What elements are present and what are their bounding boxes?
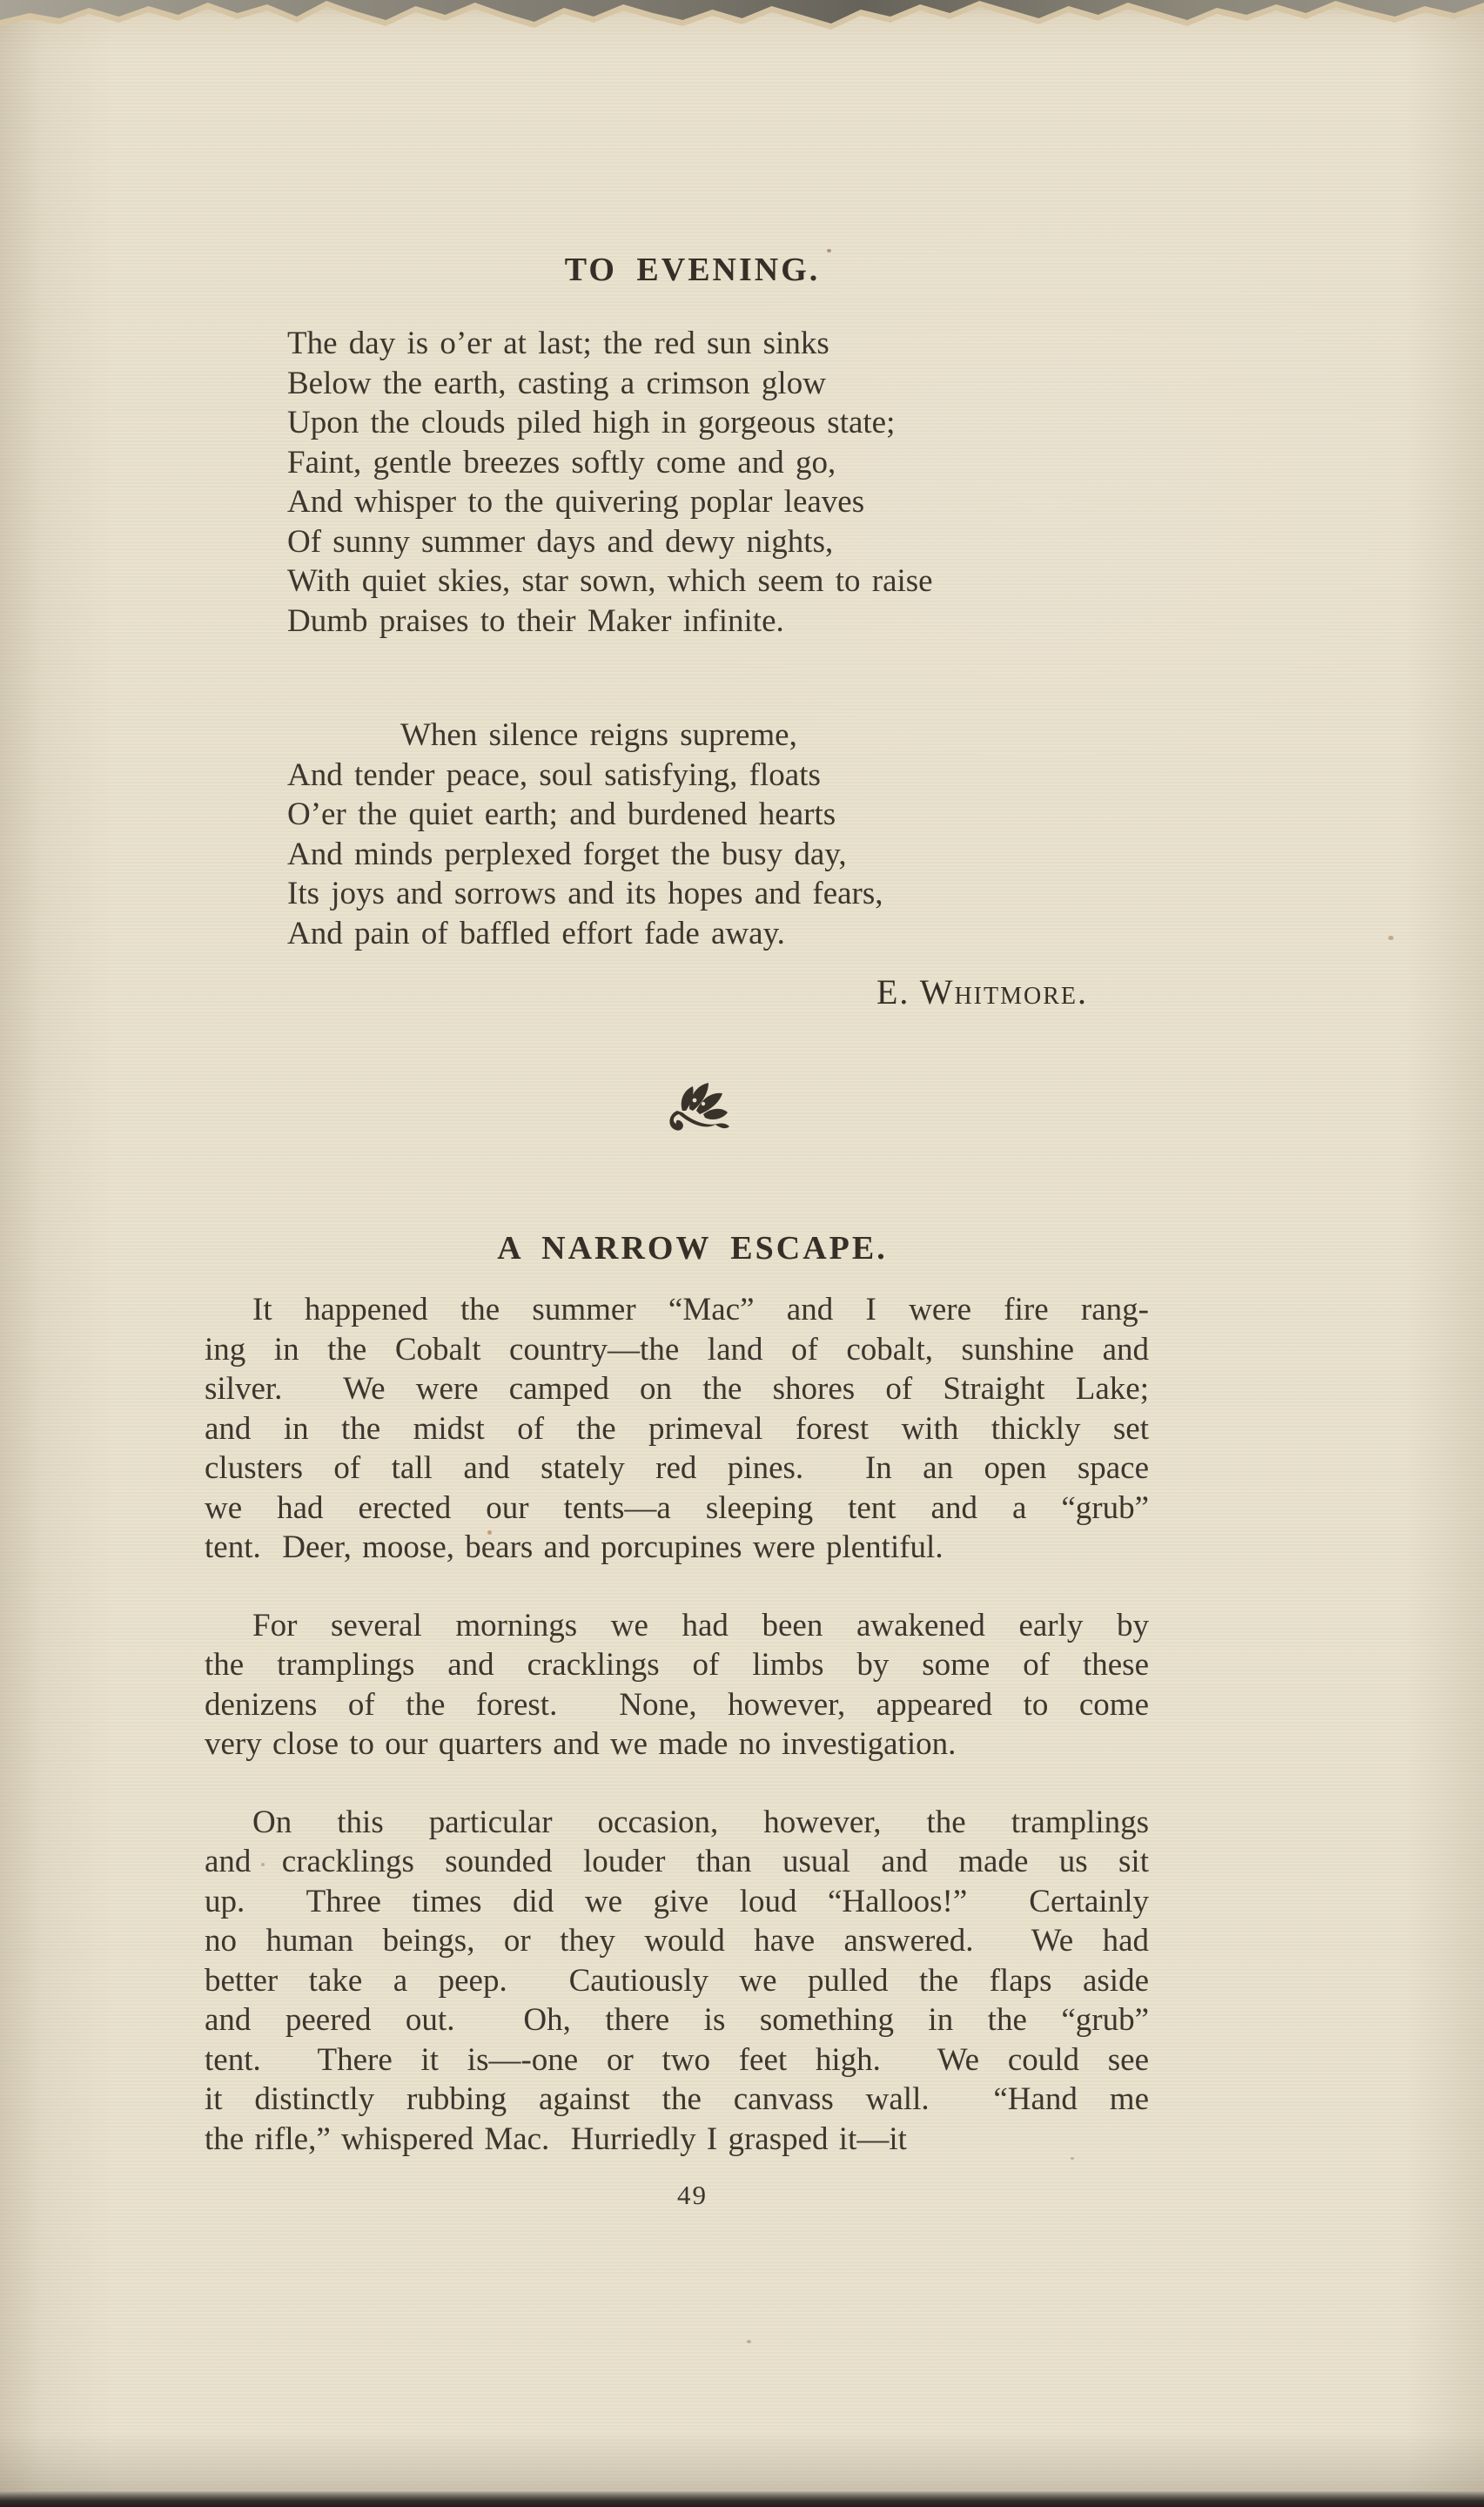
text-line: For several mornings we had been awakene…: [205, 1606, 1149, 1646]
paper-sheet: TO EVENING. The day is o’er at last; the…: [0, 0, 1484, 2493]
text-line: up. Three times did we give loud “Halloo…: [205, 1882, 1149, 1922]
poem-stanza-2: When silence reigns supreme,And tender p…: [287, 716, 1149, 953]
text-line: and in the midst of the primeval forest …: [205, 1409, 1149, 1449]
text-line: It happened the summer “Mac” and I were …: [205, 1290, 1149, 1330]
story-paragraph: On this particular occasion, however, th…: [205, 1803, 1149, 2160]
text-line: clusters of tall and stately red pines. …: [205, 1448, 1149, 1489]
text-line: And whisper to the quivering poplar leav…: [287, 482, 1149, 522]
poem-stanza-1: The day is o’er at last; the red sun sin…: [287, 324, 1149, 641]
text-line: With quiet skies, star sown, which seem …: [287, 561, 1149, 602]
page-number: 49: [220, 2180, 1165, 2211]
book-page-scan: TO EVENING. The day is o’er at last; the…: [0, 0, 1484, 2507]
story-title: A NARROW ESCAPE.: [220, 1229, 1165, 1267]
book-bottom-edge: [0, 2491, 1484, 2507]
text-line: tent. There it is—-one or two feet high.…: [205, 2040, 1149, 2080]
text-line: Dumb praises to their Maker infinite.: [287, 602, 1149, 642]
story-paragraph: It happened the summer “Mac” and I were …: [205, 1290, 1149, 1568]
text-line: Its joys and sorrows and its hopes and f…: [287, 874, 1149, 914]
text-line: better take a peep. Cautiously we pulled…: [205, 1961, 1149, 2001]
text-line: it distinctly rubbing against the canvas…: [205, 2080, 1149, 2120]
text-line: ing in the Cobalt country—the land of co…: [205, 1330, 1149, 1370]
text-line: And tender peace, soul satisfying, float…: [287, 756, 1149, 796]
text-line: we had erected our tents—a sleeping tent…: [205, 1489, 1149, 1529]
poem-author-signature: E. Whitmore.: [876, 971, 1088, 1012]
text-line: Of sunny summer days and dewy nights,: [287, 522, 1149, 562]
text-line: Upon the clouds piled high in gorgeous s…: [287, 403, 1149, 443]
text-line: And pain of baffled effort fade away.: [287, 914, 1149, 954]
story-paragraph: For several mornings we had been awakene…: [205, 1606, 1149, 1764]
text-line: no human beings, or they would have answ…: [205, 1921, 1149, 1961]
text-line: On this particular occasion, however, th…: [205, 1803, 1149, 1843]
text-line: the tramplings and cracklings of limbs b…: [205, 1645, 1149, 1685]
text-line: When silence reigns supreme,: [287, 716, 1149, 756]
text-line: And minds perplexed forget the busy day,: [287, 835, 1149, 875]
paper-speck: [1388, 936, 1393, 940]
paper-speck: [747, 2340, 751, 2343]
story-body: It happened the summer “Mac” and I were …: [205, 1290, 1149, 2159]
text-line: the rifle,” whispered Mac. Hurriedly I g…: [205, 2120, 1149, 2160]
poem: The day is o’er at last; the red sun sin…: [287, 324, 1149, 953]
fleuron-ornament-icon: [693, 1076, 766, 1139]
text-line: very close to our quarters and we made n…: [205, 1724, 1149, 1764]
text-line: The day is o’er at last; the red sun sin…: [287, 324, 1149, 364]
text-line: tent. Deer, moose, bears and porcupines …: [205, 1528, 1149, 1568]
text-line: denizens of the forest. None, however, a…: [205, 1685, 1149, 1725]
text-line: O’er the quiet earth; and burdened heart…: [287, 795, 1149, 835]
text-line: Faint, gentle breezes softly come and go…: [287, 443, 1149, 483]
poem-title: TO EVENING.: [220, 251, 1165, 289]
text-line: and peered out. Oh, there is something i…: [205, 2000, 1149, 2040]
text-line: Below the earth, casting a crimson glow: [287, 364, 1149, 404]
text-line: and cracklings sounded louder than usual…: [205, 1842, 1149, 1882]
text-line: silver. We were camped on the shores of …: [205, 1369, 1149, 1409]
